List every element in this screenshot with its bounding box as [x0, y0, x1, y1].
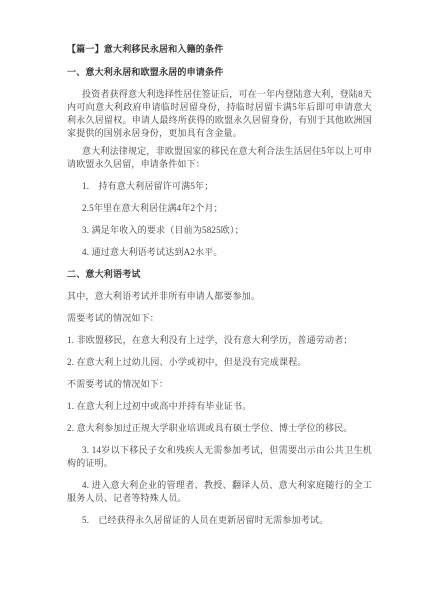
section1-paragraph-intro: 投资者获得意大利选择性居住签证后，可在一年内登陆意大利，登陆8天内可向意大利政府…	[67, 88, 372, 140]
section2-paragraph-intro: 其中，意大利语考试并非所有申请人都要参加。	[67, 290, 372, 303]
list-item-residence-duration: 2.5年里在意大利居住满4年2个月；	[67, 202, 372, 215]
list-item-income-requirement: 3. 满足年收入的要求（目前为5825欧）；	[67, 224, 372, 237]
section2-heading: 二、意大利语考试	[67, 268, 372, 281]
need-exam-item-1: 1. 非欧盟移民，在意大利没有上过学，没有意大利学历，普通劳动者；	[67, 334, 372, 347]
need-exam-item-2: 2. 在意大利上过幼儿园、小学或初中，但是没有完成课程。	[67, 356, 372, 369]
no-need-exam-item-3: 3. 14岁以下移民子女和残疾人无需参加考试，但需要出示由公共卫生机构的证明。	[67, 444, 372, 470]
no-need-exam-item-1: 1. 在意大利上过初中或高中并持有毕业证书。	[67, 400, 372, 413]
document-page: 【篇一】意大利移民永居和入籍的条件 一、意大利永居和欧盟永居的申请条件 投资者获…	[0, 0, 424, 600]
list-item-permit-5-years: 1. 持有意大利居留许可满5年；	[67, 180, 372, 193]
section1-heading: 一、意大利永居和欧盟永居的申请条件	[67, 66, 372, 79]
no-need-exam-item-4: 4. 进入意大利企业的管理者、教授、翻译人员、意大利家庭随行的全工服务人员、记者…	[67, 479, 372, 505]
list-item-language-a2: 4. 通过意大利语考试达到A2水平。	[67, 246, 372, 259]
no-need-exam-item-5: 5. 已经获得永久居留证的人员在更新居留时无需参加考试。	[67, 514, 372, 527]
document-title: 【篇一】意大利移民永居和入籍的条件	[67, 43, 372, 56]
no-need-exam-item-2: 2. 意大利参加过正规大学职业培训或具有硕士学位、博士学位的移民。	[67, 422, 372, 435]
need-exam-label: 需要考试的情况如下：	[67, 312, 372, 325]
no-need-exam-label: 不需要考试的情况如下：	[67, 378, 372, 391]
section1-paragraph-law: 意大利法律规定，非欧盟国家的移民在意大利合法生活居住5年以上可申请欧盟永久居留，…	[67, 145, 372, 171]
